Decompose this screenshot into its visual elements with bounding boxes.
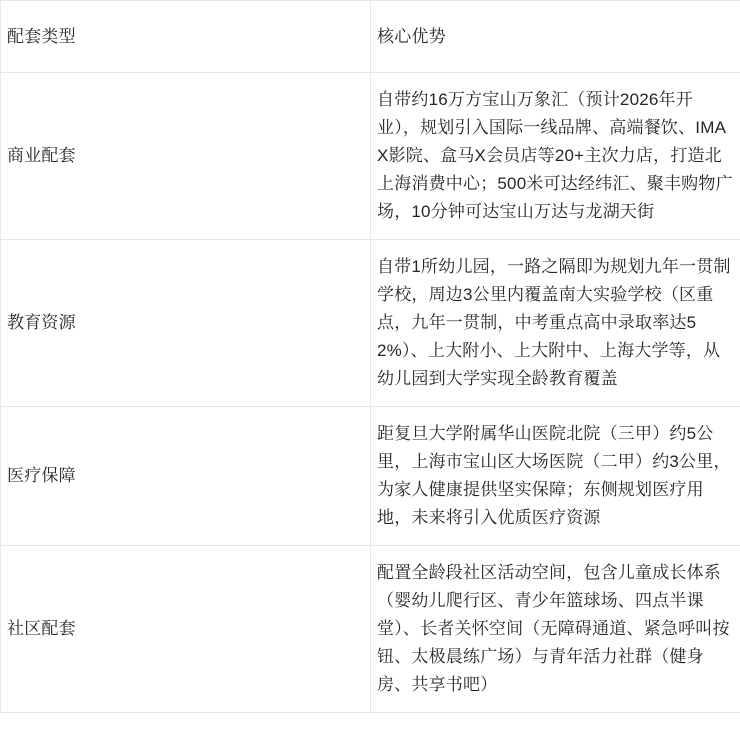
column-header-core-advantage: 核心优势 bbox=[371, 1, 740, 73]
amenity-type-medical: 医疗保障 bbox=[1, 407, 371, 546]
amenity-type-education: 教育资源 bbox=[1, 240, 371, 407]
advantage-commercial: 自带约16万方宝山万象汇（预计2026年开业），规划引入国际一线品牌、高端餐饮、… bbox=[371, 73, 740, 240]
advantage-education: 自带1所幼儿园，一路之隔即为规划九年一贯制学校，周边3公里内覆盖南大实验学校（区… bbox=[371, 240, 740, 407]
table-row-community: 社区配套 配置全龄段社区活动空间，包含儿童成长体系（婴幼儿爬行区、青少年篮球场、… bbox=[1, 546, 740, 713]
advantage-community: 配置全龄段社区活动空间，包含儿童成长体系（婴幼儿爬行区、青少年篮球场、四点半课堂… bbox=[371, 546, 740, 713]
amenities-table: 配套类型 核心优势 商业配套 自带约16万方宝山万象汇（预计2026年开业），规… bbox=[0, 0, 740, 713]
advantage-medical: 距复旦大学附属华山医院北院（三甲）约5公里，上海市宝山区大场医院（二甲）约3公里… bbox=[371, 407, 740, 546]
table-row-education: 教育资源 自带1所幼儿园，一路之隔即为规划九年一贯制学校，周边3公里内覆盖南大实… bbox=[1, 240, 740, 407]
table-row-commercial: 商业配套 自带约16万方宝山万象汇（预计2026年开业），规划引入国际一线品牌、… bbox=[1, 73, 740, 240]
column-header-amenity-type: 配套类型 bbox=[1, 1, 371, 73]
table-header-row: 配套类型 核心优势 bbox=[1, 1, 740, 73]
amenity-type-community: 社区配套 bbox=[1, 546, 371, 713]
table-row-medical: 医疗保障 距复旦大学附属华山医院北院（三甲）约5公里，上海市宝山区大场医院（二甲… bbox=[1, 407, 740, 546]
amenity-type-commercial: 商业配套 bbox=[1, 73, 371, 240]
